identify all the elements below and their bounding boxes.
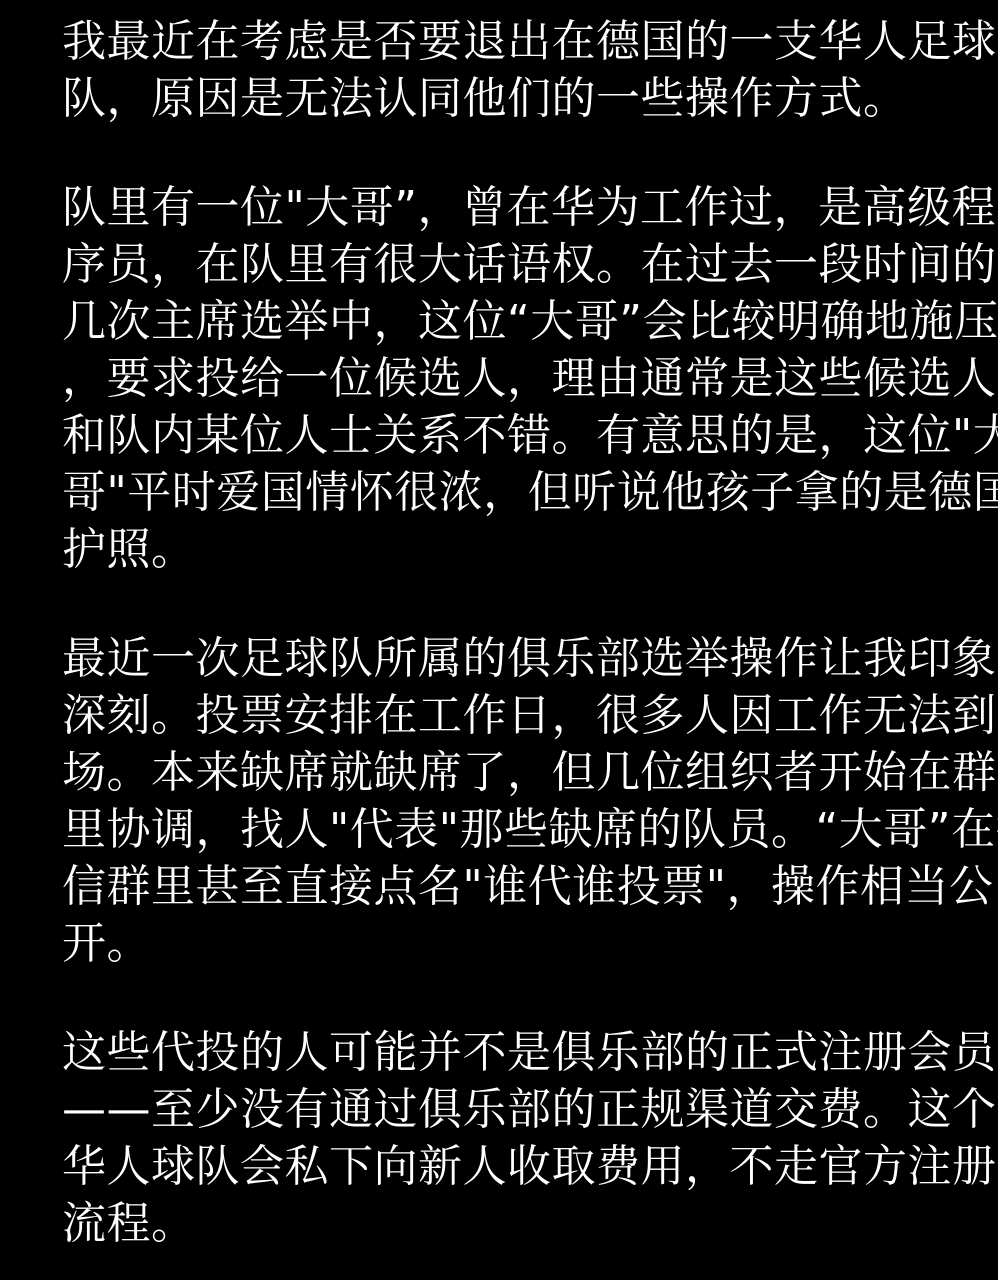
text-line: 信群里甚至直接点名"谁代谁投票"，操作相当公 <box>62 858 968 915</box>
text-line: 这些代投的人可能并不是俱乐部的正式注册会员 <box>62 1024 968 1081</box>
text-line: 我最近在考虑是否要退出在德国的一支华人足球 <box>62 13 968 70</box>
text-line: 深刻。投票安排在工作日，很多人因工作无法到 <box>62 687 968 744</box>
text-line: 里协调，找人"代表"那些缺席的队员。“大哥”在微 <box>62 801 968 858</box>
text-line: 队里有一位"大哥”，曾在华为工作过，是高级程 <box>62 179 968 236</box>
paragraph: 最近一次足球队所属的俱乐部选举操作让我印象深刻。投票安排在工作日，很多人因工作无… <box>62 630 968 972</box>
text-line: 哥"平时爱国情怀很浓，但听说他孩子拿的是德国 <box>62 464 968 521</box>
text-line: ，要求投给一位候选人，理由通常是这些候选人 <box>62 350 968 407</box>
text-line: 序员，在队里有很大话语权。在过去一段时间的 <box>62 236 968 293</box>
text-line: 和队内某位人士关系不错。有意思的是，这位"大 <box>62 407 968 464</box>
paragraph: 我最近在考虑是否要退出在德国的一支华人足球队，原因是无法认同他们的一些操作方式。 <box>62 13 968 127</box>
text-line: 几次主席选举中，这位“大哥”会比较明确地施压 <box>62 293 968 350</box>
paragraph: 队里有一位"大哥”，曾在华为工作过，是高级程序员，在队里有很大话语权。在过去一段… <box>62 179 968 578</box>
text-post-page: 我最近在考虑是否要退出在德国的一支华人足球队，原因是无法认同他们的一些操作方式。… <box>0 0 998 1280</box>
text-line: 护照。 <box>62 521 968 578</box>
text-line: ——至少没有通过俱乐部的正规渠道交费。这个 <box>62 1081 968 1138</box>
text-line: 队，原因是无法认同他们的一些操作方式。 <box>62 70 968 127</box>
text-line: 华人球队会私下向新人收取费用，不走官方注册 <box>62 1138 968 1195</box>
text-line: 开。 <box>62 915 968 972</box>
paragraph: 这些代投的人可能并不是俱乐部的正式注册会员——至少没有通过俱乐部的正规渠道交费。… <box>62 1024 968 1252</box>
post-body-text: 我最近在考虑是否要退出在德国的一支华人足球队，原因是无法认同他们的一些操作方式。… <box>0 0 998 1252</box>
text-line: 最近一次足球队所属的俱乐部选举操作让我印象 <box>62 630 968 687</box>
text-line: 流程。 <box>62 1195 968 1252</box>
text-line: 场。本来缺席就缺席了，但几位组织者开始在群 <box>62 744 968 801</box>
